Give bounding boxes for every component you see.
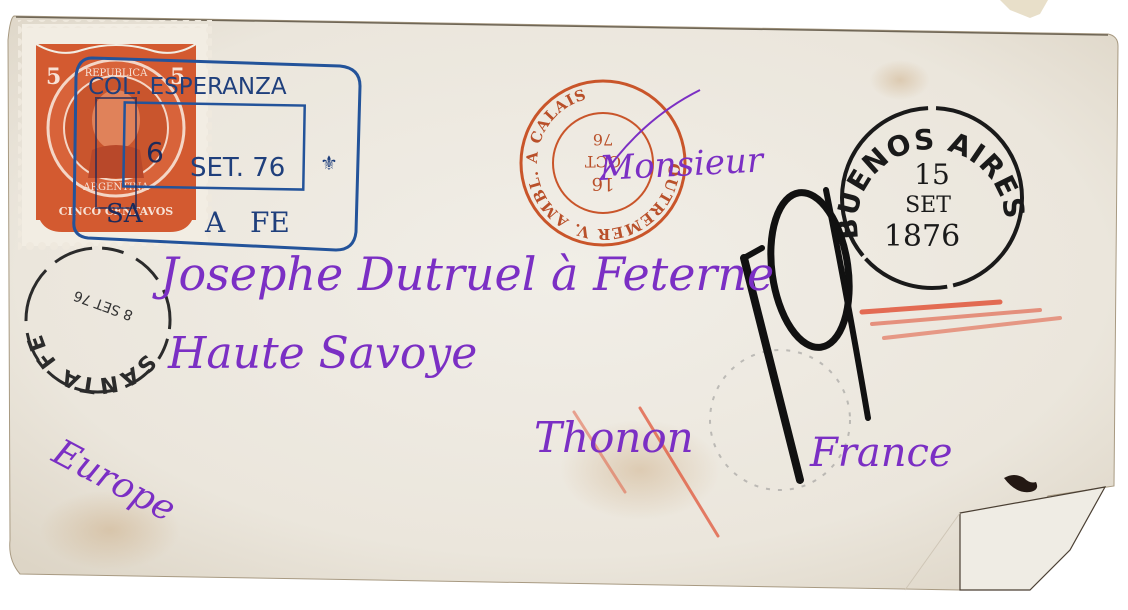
svg-text:Josephe Dutruel à Feterne: Josephe Dutruel à Feterne xyxy=(152,247,774,301)
svg-text:⚜: ⚜ xyxy=(320,151,338,175)
svg-text:15: 15 xyxy=(914,158,950,191)
paper-scrap xyxy=(1000,0,1048,18)
svg-text:5: 5 xyxy=(46,64,61,90)
svg-text:Haute Savoye: Haute Savoye xyxy=(167,328,477,379)
envelope-scan: 5 5 REPUBLICA ARGENTINA CINCO CENTAVOS C… xyxy=(0,0,1128,610)
envelope-svg: 5 5 REPUBLICA ARGENTINA CINCO CENTAVOS C… xyxy=(0,0,1128,610)
svg-text:6: 6 xyxy=(146,136,164,169)
svg-text:1876: 1876 xyxy=(884,219,960,254)
svg-text:A: A xyxy=(204,206,226,239)
svg-text:SA: SA xyxy=(106,199,144,229)
svg-text:COL. ESPERANZA: COL. ESPERANZA xyxy=(88,74,287,100)
svg-text:Thonon: Thonon xyxy=(534,413,694,462)
svg-text:76: 76 xyxy=(593,130,613,149)
svg-text:France: France xyxy=(809,430,953,476)
svg-text:SET: SET xyxy=(905,193,951,218)
svg-text:FE: FE xyxy=(250,206,290,239)
svg-text:SET. 76: SET. 76 xyxy=(190,153,285,183)
